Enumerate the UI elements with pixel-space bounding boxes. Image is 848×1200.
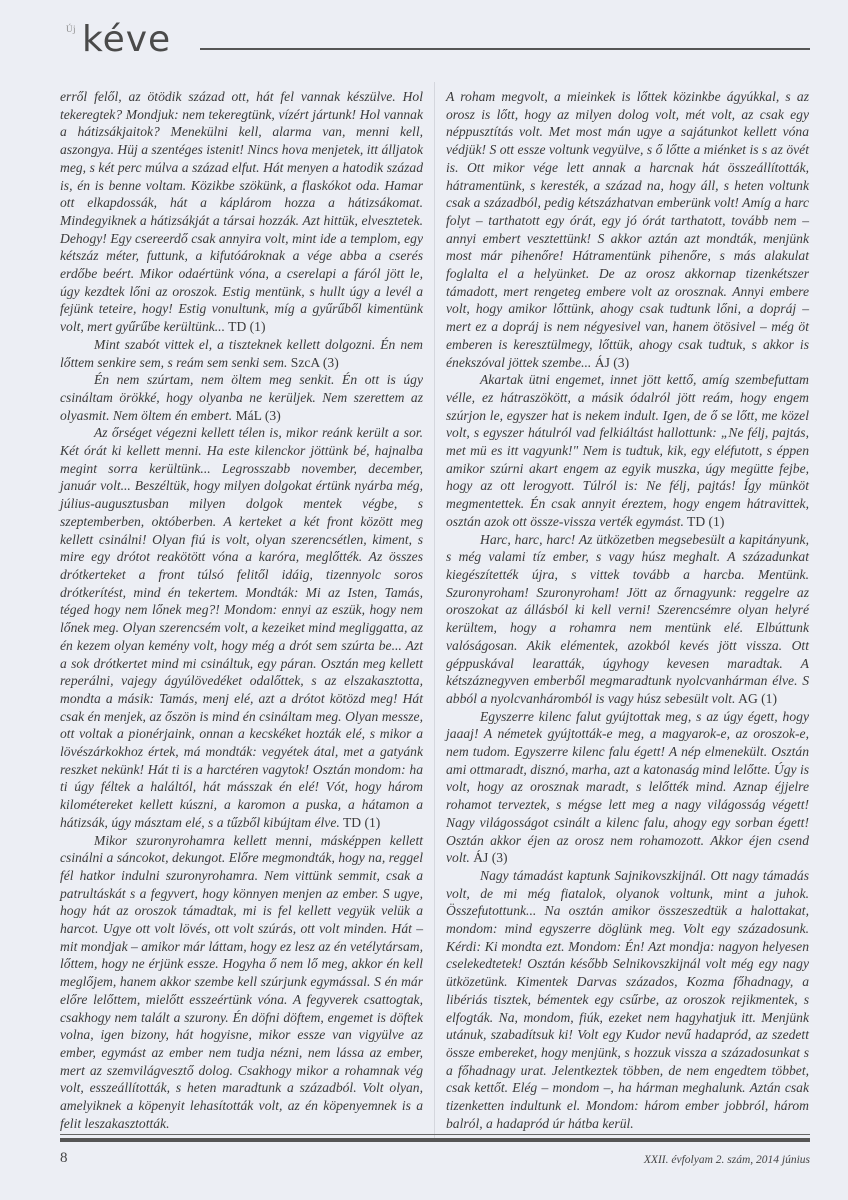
source-signature: ÁJ (3) xyxy=(595,355,629,370)
source-signature: AG (1) xyxy=(738,691,777,706)
source-signature: TD (1) xyxy=(228,319,265,334)
masthead: Új kéve xyxy=(60,14,810,64)
source-signature: SzcA (3) xyxy=(291,355,339,370)
paragraph: Mint szabót vittek el, a tiszteknek kell… xyxy=(60,336,423,371)
paragraph: Az őrséget végezni kellett télen is, mik… xyxy=(60,424,423,831)
right-column: A roham megvolt, a mieinkek is lőttek kö… xyxy=(446,88,809,1132)
footer-rule-thin xyxy=(60,1134,810,1135)
source-signature: MáL (3) xyxy=(236,408,281,423)
paragraph: Akartak ütni engemet, innet jött kettő, … xyxy=(446,371,809,530)
footer-rule-thick xyxy=(60,1138,810,1142)
page-number: 8 xyxy=(60,1150,68,1167)
left-column: erről felől, az ötödik század ott, hát f… xyxy=(60,88,423,1132)
paragraph: Harc, harc, harc! Az ütközetben megsebes… xyxy=(446,531,809,708)
column-divider xyxy=(434,82,435,1138)
header-rule xyxy=(200,48,810,50)
logo-prefix: Új xyxy=(66,24,76,34)
source-signature: TD (1) xyxy=(343,815,380,830)
paragraph: Én nem szúrtam, nem öltem meg senkit. Én… xyxy=(60,371,423,424)
paragraph: A roham megvolt, a mieinkek is lőttek kö… xyxy=(446,88,809,371)
magazine-logo: kéve xyxy=(82,20,171,60)
source-signature: ÁJ (3) xyxy=(473,850,507,865)
paragraph: erről felől, az ötödik század ott, hát f… xyxy=(60,88,423,336)
paragraph: Mikor szuronyrohamra kellett menni, másk… xyxy=(60,832,423,1133)
paragraph: Nagy támadást kaptunk Sajnikovszkijnál. … xyxy=(446,867,809,1133)
paragraph: Egyszerre kilenc falut gyújtottak meg, s… xyxy=(446,708,809,867)
source-signature: TD (1) xyxy=(687,514,724,529)
issue-info: XXII. évfolyam 2. szám, 2014 június xyxy=(644,1154,810,1166)
